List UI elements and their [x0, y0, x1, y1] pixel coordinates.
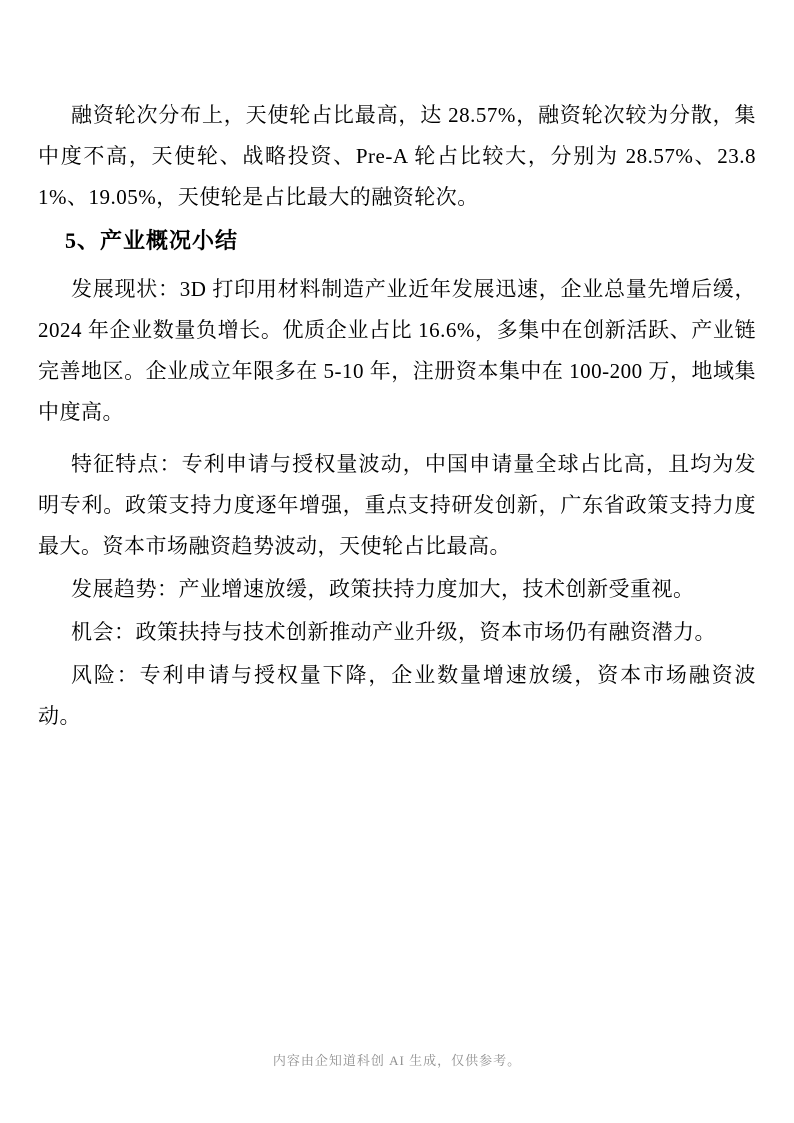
paragraph-risks: 风险：专利申请与授权量下降，企业数量增速放缓，资本市场融资波动。 — [38, 655, 756, 737]
paragraph-development-status: 发展现状：3D 打印用材料制造产业近年发展迅速，企业总量先增后缓，2024 年企… — [38, 269, 756, 433]
footer-ai-disclaimer: 内容由企知道科创 AI 生成，仅供参考。 — [0, 1052, 794, 1070]
section-heading-industry-overview-summary: 5、产业概况小结 — [38, 220, 756, 261]
document-page: 融资轮次分布上，天使轮占比最高，达 28.57%，融资轮次较为分散，集中度不高，… — [0, 0, 794, 1123]
document-content: 融资轮次分布上，天使轮占比最高，达 28.57%，融资轮次较为分散，集中度不高，… — [38, 95, 756, 739]
paragraph-financing-rounds: 融资轮次分布上，天使轮占比最高，达 28.57%，融资轮次较为分散，集中度不高，… — [38, 95, 756, 218]
paragraph-development-trends: 发展趋势：产业增速放缓，政策扶持力度加大，技术创新受重视。 — [38, 569, 756, 610]
paragraph-opportunities: 机会：政策扶持与技术创新推动产业升级，资本市场仍有融资潜力。 — [38, 612, 756, 653]
paragraph-characteristics: 特征特点：专利申请与授权量波动，中国申请量全球占比高，且均为发明专利。政策支持力… — [38, 444, 756, 567]
